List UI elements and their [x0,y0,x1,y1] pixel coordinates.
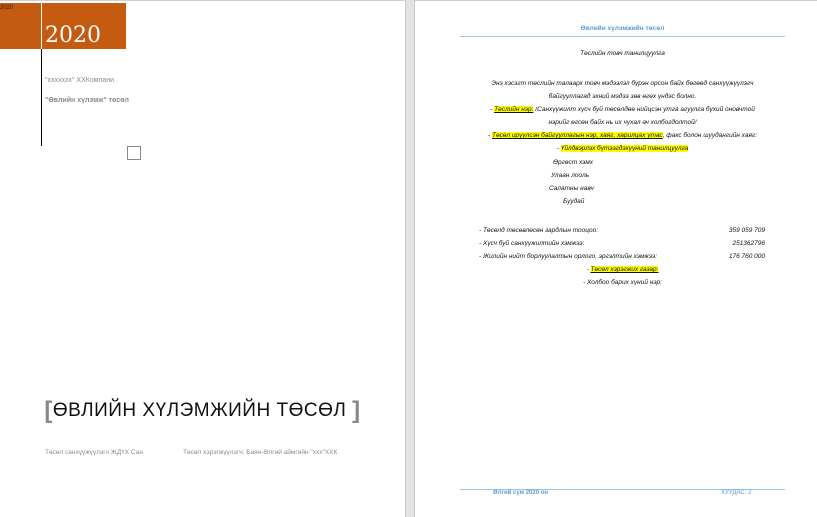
item-project-name: - Төслийн нэр: /Санхүүжилт хүсч буй төсө… [460,106,785,113]
financial-value: 359 059 709 [685,227,765,234]
item-location: - Төсөл хэрэгжих газар: [460,266,785,273]
cover-year: 2020 [45,23,101,48]
item-organization: - Төсөл ирүүлсэн байгууллагын нэр, хаяг,… [460,132,785,139]
cover-funder[interactable]: Төсөл санхүүжүүлэгч ЖДҮХ Сан [45,449,143,456]
small-year: 2020 [0,5,13,11]
financial-label: - Жилийн нийт борлуулалтын орлого, эргэл… [479,253,657,260]
cover-title-text: ӨВЛИЙН ХҮЛЭМЖИЙН ТӨСӨЛ [53,400,346,421]
item-contact: - Холбоо барих хүний нэр: [460,279,785,286]
company-name[interactable]: "xxxxxxx" ХХКомпани [45,77,114,84]
cover-implementer[interactable]: Төсөл хэрэгжүүлэгч: Баян-Өлгий аймгийн "… [183,449,337,456]
year-banner: 2020 2020 [0,3,126,49]
image-placeholder[interactable] [127,146,141,160]
financial-value: 251362796 [685,240,765,247]
cover-page: 2020 2020 "xxxxxxx" ХХКомпани "Өвлийн хү… [0,0,405,517]
cover-title[interactable]: [ӨВЛИЙН ХҮЛЭМЖИЙН ТӨСӨЛ ] [0,397,405,425]
product-item: Улаан лооль [551,172,589,179]
page-gap [405,0,415,517]
financial-label: - Хүсч буй санхүүжилтийн хэмжээ: [479,240,584,247]
page-number[interactable]: ХУУДАС. 2 [721,490,751,496]
financial-value: 176 760 000 [685,253,765,260]
header-rule [460,36,785,37]
summary-page: Өвлийн хүлэмжийн төсөл Төслийн товч тани… [415,0,817,517]
page-header[interactable]: Өвлийн хүлэмжийн төсөл [460,25,785,32]
item-project-name-cont: нэрийг өгсөн байх нь их чухал ач холбогд… [460,119,785,126]
footer-location[interactable]: Өлгий сум 2020 он [493,490,548,496]
item-products: - Үйлдвэрлэх бүтээгдэхүүний танилцуулга [460,145,785,152]
product-item: Буудай [563,198,584,205]
cover-subtitle[interactable]: "Өвлийн хүлэмж" төсөл [45,96,135,105]
cover-vertical-line [41,49,42,146]
product-item: Салатны навч [549,185,594,192]
banner-divider [41,3,42,49]
intro-line-2: байгууллагад эхний мэдээ зөв өгөх үндэс … [460,93,785,100]
intro-line-1: Энэ хэсэгт төслийн талаарх товч мэдээлэл… [460,80,785,87]
financial-label: - Төсөлд төсөвлөсөн зардлын тооцоо: [479,227,598,234]
section-heading: Төслийн товч танилцуулга [460,50,785,57]
product-item: Өргөст хэмх [553,159,593,166]
